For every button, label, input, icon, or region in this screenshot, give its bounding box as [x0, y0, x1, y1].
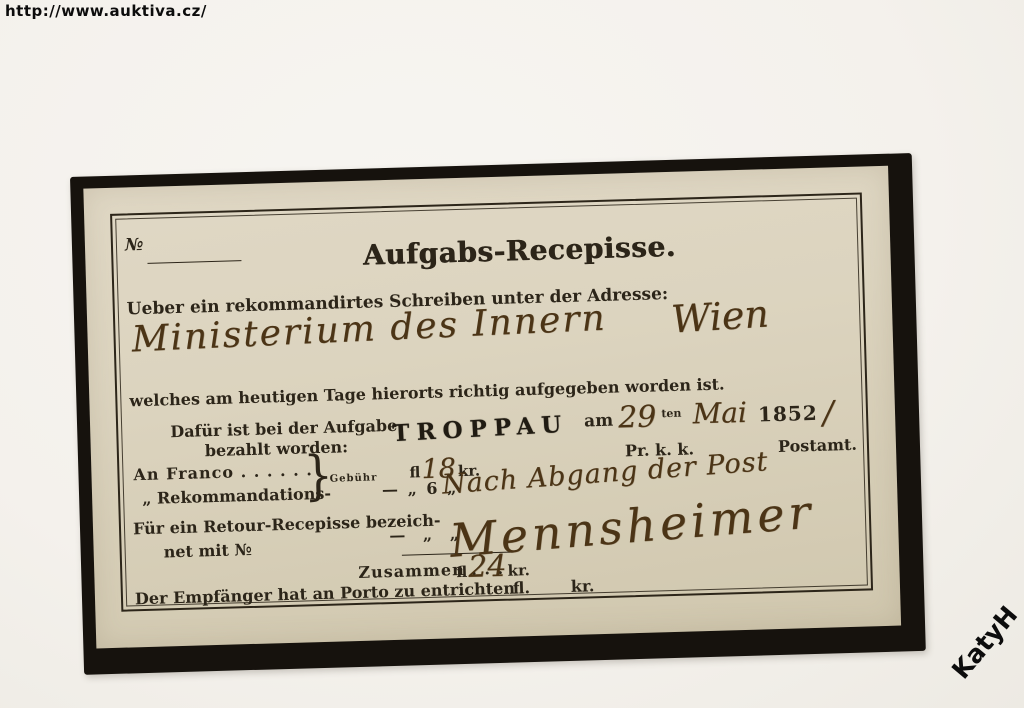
date-ten-suffix: ten — [661, 407, 681, 421]
seller-watermark: KatyH — [946, 600, 1023, 684]
date-month-handwritten: Mai — [692, 396, 747, 431]
retour-recepisse-line2: net mit № — [163, 540, 252, 561]
photo-black-mat: № Aufgabs-Recepisse. Ueber ein rekommand… — [70, 153, 926, 675]
rekom-dash: — — [382, 480, 401, 500]
rekom-open-quote: „ — [407, 479, 419, 498]
date-day-handwritten: 29 — [618, 399, 657, 435]
total-kr-label: kr. — [507, 561, 530, 580]
date-year: 1852 — [758, 401, 818, 427]
porto-fl-label: fl. — [513, 578, 531, 597]
date-am-label: am — [584, 411, 614, 432]
date-ink-stroke: / — [822, 393, 834, 431]
auction-site-watermark: http://www.auktiva.cz/ — [5, 2, 207, 20]
date-line: am 29 ten Mai 1852 / — [583, 389, 834, 434]
retour-quote1: „ — [423, 525, 439, 544]
retour-dash: — — [389, 525, 412, 545]
receipt-paper: № Aufgabs-Recepisse. Ueber ein rekommand… — [83, 166, 901, 649]
fee-gebuehr-label: Gebühr — [330, 472, 378, 484]
rekom-quote: „ — [142, 489, 152, 508]
printed-border-box: № Aufgabs-Recepisse. Ueber ein rekommand… — [110, 192, 873, 611]
porto-kr-label: kr. — [571, 576, 595, 596]
handwritten-city: Wien — [670, 292, 770, 342]
office-label: Postamt. — [778, 435, 857, 456]
rekom-amount-value: 6 — [426, 479, 440, 498]
